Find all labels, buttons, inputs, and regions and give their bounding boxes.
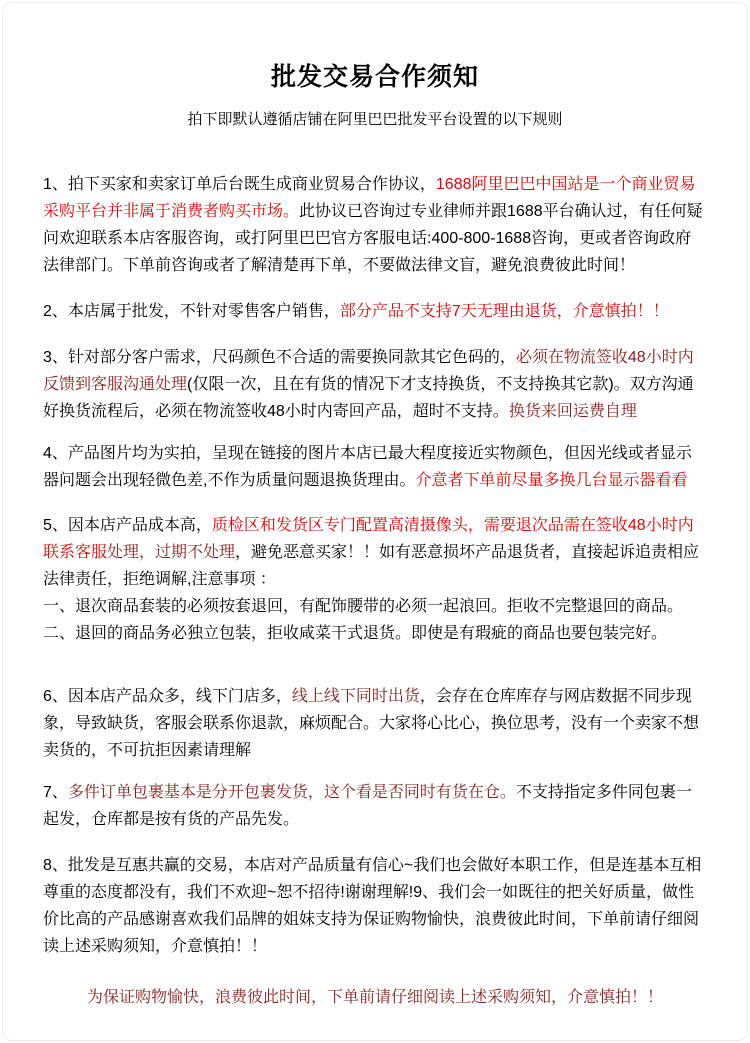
paragraph-rule-6: 6、因本店产品众多，线下门店多，线上线下同时出货，会存在仓库库存与网店数据不同步… (43, 683, 707, 764)
text-segment: 线上线下同时出货 (292, 688, 420, 705)
paragraph-rule-7: 7、多件订单包裹基本是分开包裹发货，这个看是否同时有货在仓。不支持指定多件同包裹… (43, 779, 707, 833)
footer-warning: 为保证购物愉快，浪费彼此时间，下单前请仔细阅读上述采购须知，介意慎拍！！ (43, 985, 707, 1011)
paragraph-rule-2: 2、本店属于批发，不针对零售客户销售，部分产品不支持7天无理由退货，介意慎拍！！ (43, 298, 707, 325)
text-segment: 3、针对部分客户需求，尺码颜色不合适的需要换同款其它色码的， (43, 349, 516, 366)
text-segment: 二、退回的商品务必独立包装，拒收咸菜干式退货。即使是有瑕疵的商品也要包装完好。 (43, 625, 667, 642)
text-segment: 1、拍下买家和卖家订单后台既生成商业贸易合作协议， (43, 176, 436, 193)
text-segment: 7、 (43, 784, 68, 801)
notice-page: 批发交易合作须知 拍下即默认遵循店铺在阿里巴巴批发平台设置的以下规则 1、拍下买… (2, 2, 748, 1041)
text-segment: 处理，过期不处理 (107, 544, 235, 561)
text-segment: 6、因本店产品众多，线下门店多， (43, 688, 292, 705)
notice-body: 1、拍下买家和卖家订单后台既生成商业贸易合作协议，1688阿里巴巴中国站是一个商… (43, 171, 707, 1011)
paragraph-rule-3: 3、针对部分客户需求，尺码颜色不合适的需要换同款其它色码的，必须在物流签收48小… (43, 344, 707, 425)
paragraph-rule-5: 5、因本店产品成本高，质检区和发货区专门配置高清摄像头，需要退次品需在签收48小… (43, 512, 707, 593)
text-segment: 2、本店属于批发，不针对零售客户销售， (43, 303, 340, 320)
text-segment: 一、退次商品套装的必须按套退回，有配饰腰带的必须一起浪回。拒收不完整退回的商品。 (43, 598, 683, 615)
paragraph-rule-4: 4、产品图片均为实拍，呈现在链接的图片本店已最大程度接近实物颜色，但因光线或者显… (43, 440, 707, 494)
text-segment: 介意者下单前尽量多换几台显示器看看 (415, 472, 687, 489)
text-segment: 为保证购物愉快，浪费彼此时间，下单前请仔细阅读上述采购须知，介意慎拍！！ (87, 989, 663, 1006)
text-segment: 多件订单包裹基本是分开包裹发货，这个看是否同时有货在仓。 (68, 784, 516, 801)
notice-title: 批发交易合作须知 (43, 57, 707, 93)
text-segment: 部分产品不支持7天无理由退货，介意慎拍！！ (340, 303, 669, 320)
paragraph-rule-8: 8、批发是互惠共赢的交易，本店对产品质量有信心~我们也会做好本职工作，但是连基本… (43, 852, 707, 960)
paragraph-rule-1: 1、拍下买家和卖家订单后台既生成商业贸易合作协议，1688阿里巴巴中国站是一个商… (43, 171, 707, 279)
text-segment: 换货来回运费自理 (509, 403, 637, 420)
notice-subtitle: 拍下即默认遵循店铺在阿里巴巴批发平台设置的以下规则 (43, 108, 707, 129)
paragraph-rule-5-note-1: 一、退次商品套装的必须按套退回，有配饰腰带的必须一起浪回。拒收不完整退回的商品。 (43, 593, 707, 620)
text-segment: 5、因本店产品成本高， (43, 517, 212, 534)
paragraph-rule-5-note-2: 二、退回的商品务必独立包装，拒收咸菜干式退货。即使是有瑕疵的商品也要包装完好。 (43, 620, 707, 647)
text-segment: 8、批发是互惠共赢的交易，本店对产品质量有信心~我们也会做好本职工作，但是连基本… (43, 857, 701, 955)
